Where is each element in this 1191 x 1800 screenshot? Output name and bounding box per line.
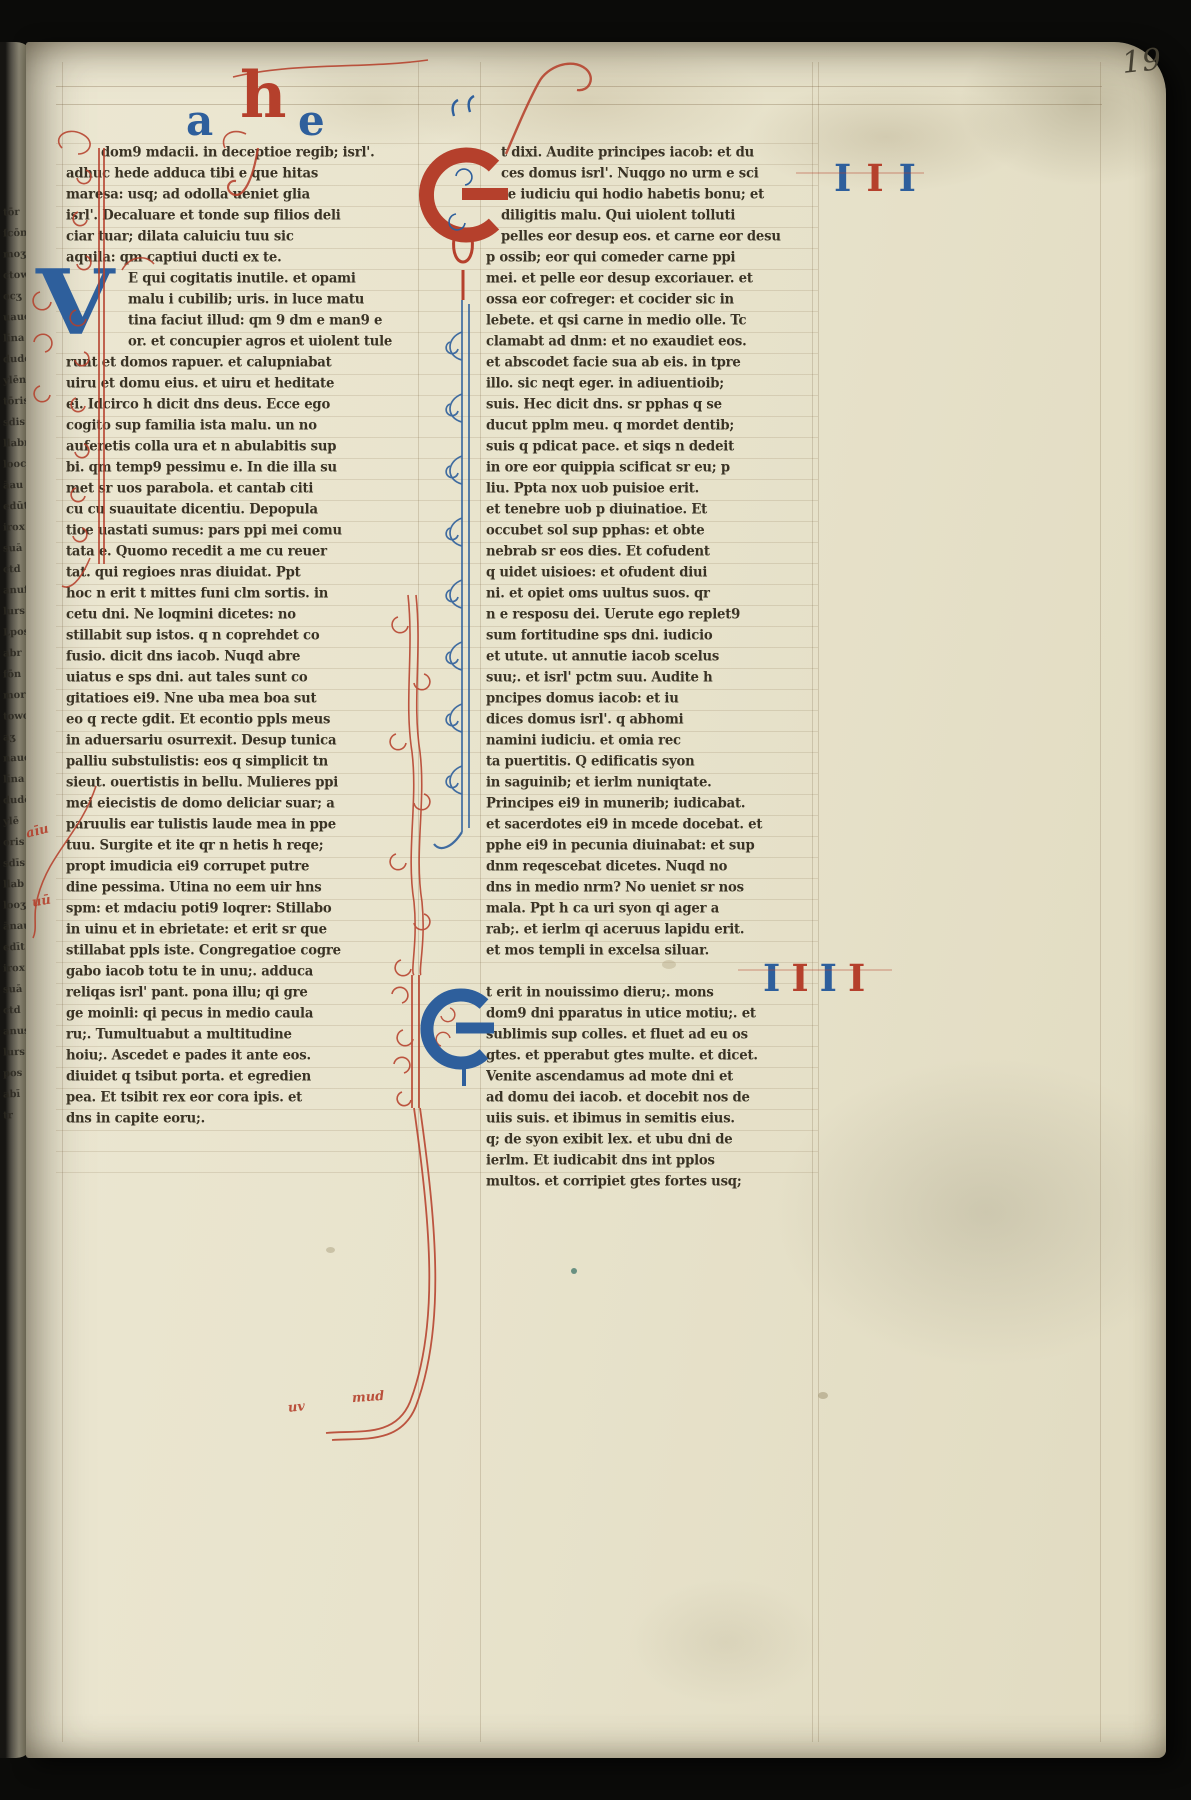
text-line: dns in capite eoru;. <box>66 1108 398 1129</box>
text-line: sum fortitudine sps dni. iudicio <box>486 625 816 647</box>
text-line: ducut pplm meu. q mordet dentib; <box>486 415 816 437</box>
text-line: dns in medio nrm? No ueniet sr nos <box>486 877 816 899</box>
text-line: aquila: qm captiui ducti ex te. <box>66 247 398 269</box>
running-title-letter: a <box>186 96 213 145</box>
text-line: t erit in nouissimo dieru;. mons <box>486 982 816 1004</box>
stain <box>818 1392 828 1399</box>
text-line: mei. et pelle eor desup excoriauer. et <box>486 268 816 290</box>
text-line: hoc n erit t mittes funi clm sortis. in <box>66 583 398 605</box>
running-title-letter: e <box>298 96 325 145</box>
text-line: propt imudicia ei9 corrupet putre <box>66 856 398 878</box>
text-line: sublimis sup colles. et fluet ad eu os <box>486 1024 816 1046</box>
text-line: tuu. Surgite et ite qr n hetis h reqe; <box>66 835 398 857</box>
text-line: in saguinib; et ierlm nuniqtate. <box>486 772 816 794</box>
text-line: ossa eor cofreger: et cocider sic in <box>486 289 816 311</box>
text-line: uiru et domu eius. et uiru et heditate <box>66 373 398 395</box>
text-line: in ore eor quippia scificat sr eu; p <box>486 457 816 479</box>
marginal-note: uv <box>287 1399 305 1416</box>
text-line: isrl'. Decaluare et tonde sup filios del… <box>66 205 398 227</box>
text-line: cogito sup familia ista malu. un no <box>66 415 398 437</box>
text-line: t dixi. Audite principes iacob: et du <box>486 142 816 164</box>
text-line: illo. sic neqt eger. in adiuentioib; <box>486 373 816 395</box>
text-line: Principes ei9 in munerib; iudicabat. <box>486 793 816 815</box>
text-line: dnm reqescebat dicetes. Nuqd no <box>486 856 816 878</box>
text-line: ciar tuar; dilata caluiciu tuu sic <box>66 226 398 248</box>
manuscript-photo: { "folio_number": "19", "running_title":… <box>0 0 1191 1800</box>
text-line: diuidet q tsibut porta. et egredien <box>66 1066 398 1088</box>
text-line: tat. qui regioes nras diuidat. Ppt <box>66 562 398 584</box>
text-line: auferetis colla ura et n abulabitis sup <box>66 436 398 458</box>
text-line: tina faciut illud: qm 9 dm e man9 e <box>66 310 398 332</box>
text-line: dom9 mdacii. in deceptioe regib; isrl'. <box>66 142 398 164</box>
folio-number: 19 <box>1120 42 1164 81</box>
text-line: n e resposu dei. Uerute ego replet9 <box>486 604 816 626</box>
text-line: q; de syon exibit lex. et ubu dni de <box>486 1129 816 1151</box>
text-line: pelles eor desup eos. et carne eor desu <box>486 226 816 248</box>
text-line: bi. qm temp9 pessimu e. In die illa su <box>66 457 398 479</box>
text-line: pncipes domus iacob: et iu <box>486 688 816 710</box>
text-line: eo q recte gdit. Et econtio ppls meus <box>66 709 398 731</box>
text-line: pphe ei9 in pecunia diuinabat: et sup <box>486 835 816 857</box>
text-line: spm: et mdaciu poti9 loqrer: Stillabo <box>66 898 398 920</box>
text-line: gtes. et pperabut gtes multe. et dicet. <box>486 1045 816 1067</box>
marginal-note: uū <box>31 892 52 910</box>
manuscript-page: a h e 19 III IIII V dom9 mdacii. in dece… <box>26 42 1166 1758</box>
numeral-letter: I <box>899 156 931 200</box>
right-text-column-chapter3: t dixi. Audite principes iacob: et duces… <box>486 142 816 961</box>
text-line: et mos templi in excelsa siluar. <box>486 940 816 961</box>
stain <box>326 1247 335 1253</box>
text-line: ta puertitis. Q edificatis syon <box>486 751 816 773</box>
text-line: stillabit sup istos. q n coprehdet co <box>66 625 398 647</box>
text-line: occubet sol sup pphas: et obte <box>486 520 816 542</box>
text-line: hoiu;. Ascedet e pades it ante eos. <box>66 1045 398 1067</box>
ruling-line <box>1100 62 1101 1742</box>
text-line: namini iudiciu. et omia rec <box>486 730 816 752</box>
numeral-letter: I <box>866 156 898 200</box>
text-line: ge moinli: qi pecus in medio caula <box>66 1003 398 1025</box>
marginal-note: mud <box>352 1389 385 1406</box>
text-line: or. et concupier agros et uiolent tule <box>66 331 398 353</box>
stain <box>662 960 676 969</box>
text-line: met sr uos parabola. et cantab citi <box>66 478 398 500</box>
text-line: Venite ascendamus ad mote dni et <box>486 1066 816 1088</box>
text-line: clamabt ad dnm: et no exaudiet eos. <box>486 331 816 353</box>
text-line: palliu substulistis: eos q simplicit tn <box>66 751 398 773</box>
text-line: ierlm. Et iudicabit dns int pplos <box>486 1150 816 1172</box>
text-line: sieut. ouertistis in bellu. Mulieres ppi <box>66 772 398 794</box>
text-line: in aduersariu osurrexit. Desup tunica <box>66 730 398 752</box>
text-line: ces domus isrl'. Nuqgo no urm e sci <box>486 163 816 185</box>
text-line: diligitis malu. Qui uiolent tolluti <box>486 205 816 227</box>
text-line: ei. Idcirco h dicit dns deus. Ecce ego <box>66 394 398 416</box>
text-line: mala. Ppt h ca uri syon qi ager a <box>486 898 816 920</box>
text-line: liu. Ppta nox uob puisioe erit. <box>486 478 816 500</box>
right-text-column-chapter4: t erit in nouissimo dieru;. monsdom9 dni… <box>486 982 816 1192</box>
text-line: cu cu suauitate dicentiu. Depopula <box>66 499 398 521</box>
text-line: p ossib; eor qui comeder carne ppi <box>486 247 816 269</box>
text-line: et sacerdotes ei9 in mcede docebat. et <box>486 814 816 836</box>
text-line: tata e. Quomo recedit a me cu reuer <box>66 541 398 563</box>
text-line: rab;. et ierlm qi aceruus lapidu erit. <box>486 919 816 941</box>
text-line: cetu dni. Ne loqmini dicetes: no <box>66 604 398 626</box>
numeral-letter: I <box>848 956 876 1000</box>
text-line: mei eiecistis de domo deliciar suar; a <box>66 793 398 815</box>
text-line: in uinu et in ebrietate: et erit sr que <box>66 919 398 941</box>
text-line: E qui cogitatis inutile. et opami <box>66 268 398 290</box>
text-line: dom9 dni pparatus in utice motiu;. et <box>486 1003 816 1025</box>
text-line: ru;. Tumultuabut a multitudine <box>66 1024 398 1046</box>
numeral-letter: I <box>834 156 866 200</box>
text-line: q uidet uisioes: et ofudent diui <box>486 562 816 584</box>
text-line: fusio. dicit dns iacob. Nuqd abre <box>66 646 398 668</box>
text-line: nebrab sr eos dies. Et cofudent <box>486 541 816 563</box>
ruling-line <box>818 62 819 1742</box>
text-line: tioe uastati sumus: pars ppi mei comu <box>66 520 398 542</box>
numeral-letter: I <box>820 956 848 1000</box>
text-line: et abscodet facie sua ab eis. in tpre <box>486 352 816 374</box>
text-line: lebete. et qsi carne in medio olle. Tc <box>486 310 816 332</box>
running-title-letter: h <box>240 58 287 133</box>
text-line: multos. et corripiet gtes fortes usq; <box>486 1171 816 1192</box>
text-line: maresa: usq; ad odolla ueniet glia <box>66 184 398 206</box>
text-line: adhuc hede adduca tibi e que hitas <box>66 163 398 185</box>
text-line: gabo iacob totu te in unu;. adduca <box>66 961 398 983</box>
text-line: gitatioes ei9. Nne uba mea boa sut <box>66 688 398 710</box>
ink-spot <box>571 1268 577 1274</box>
text-line: re iudiciu qui hodio habetis bonu; et <box>486 184 816 206</box>
text-line: uiatus e sps dni. aut tales sunt co <box>66 667 398 689</box>
text-line: et tenebre uob p diuinatioe. Et <box>486 499 816 521</box>
text-line: reliqas isrl' pant. pona illu; qi gre <box>66 982 398 1004</box>
text-line: dices domus isrl'. q abhomi <box>486 709 816 731</box>
text-line: et utute. ut annutie iacob scelus <box>486 646 816 668</box>
text-line: malu i cubilib; uris. in luce matu <box>66 289 398 311</box>
marginal-note: aīu <box>25 821 51 841</box>
text-line: paruulis ear tulistis laude mea in ppe <box>66 814 398 836</box>
text-line: runt et domos rapuer. et calupniabat <box>66 352 398 374</box>
text-line: pea. Et tsibit rex eor cora ipis. et <box>66 1087 398 1109</box>
text-line: ni. et opiet oms uultus suos. qr <box>486 583 816 605</box>
text-line: ad domu dei iacob. et docebit nos de <box>486 1087 816 1109</box>
text-line: uiis suis. et ibimus in semitis eius. <box>486 1108 816 1130</box>
ruling-line <box>56 86 1102 87</box>
left-text-column: dom9 mdacii. in deceptioe regib; isrl'.a… <box>66 142 398 1129</box>
chapter-numeral-iii: III <box>834 156 931 200</box>
text-line: suu;. et isrl' pctm suu. Audite h <box>486 667 816 689</box>
text-line: stillabat ppls iste. Congregatioe cogre <box>66 940 398 962</box>
text-line: dine pessima. Utina no eem uir hns <box>66 877 398 899</box>
text-line: suis q pdicat pace. et siqs n dedeit <box>486 436 816 458</box>
text-line: suis. Hec dicit dns. sr pphas q se <box>486 394 816 416</box>
